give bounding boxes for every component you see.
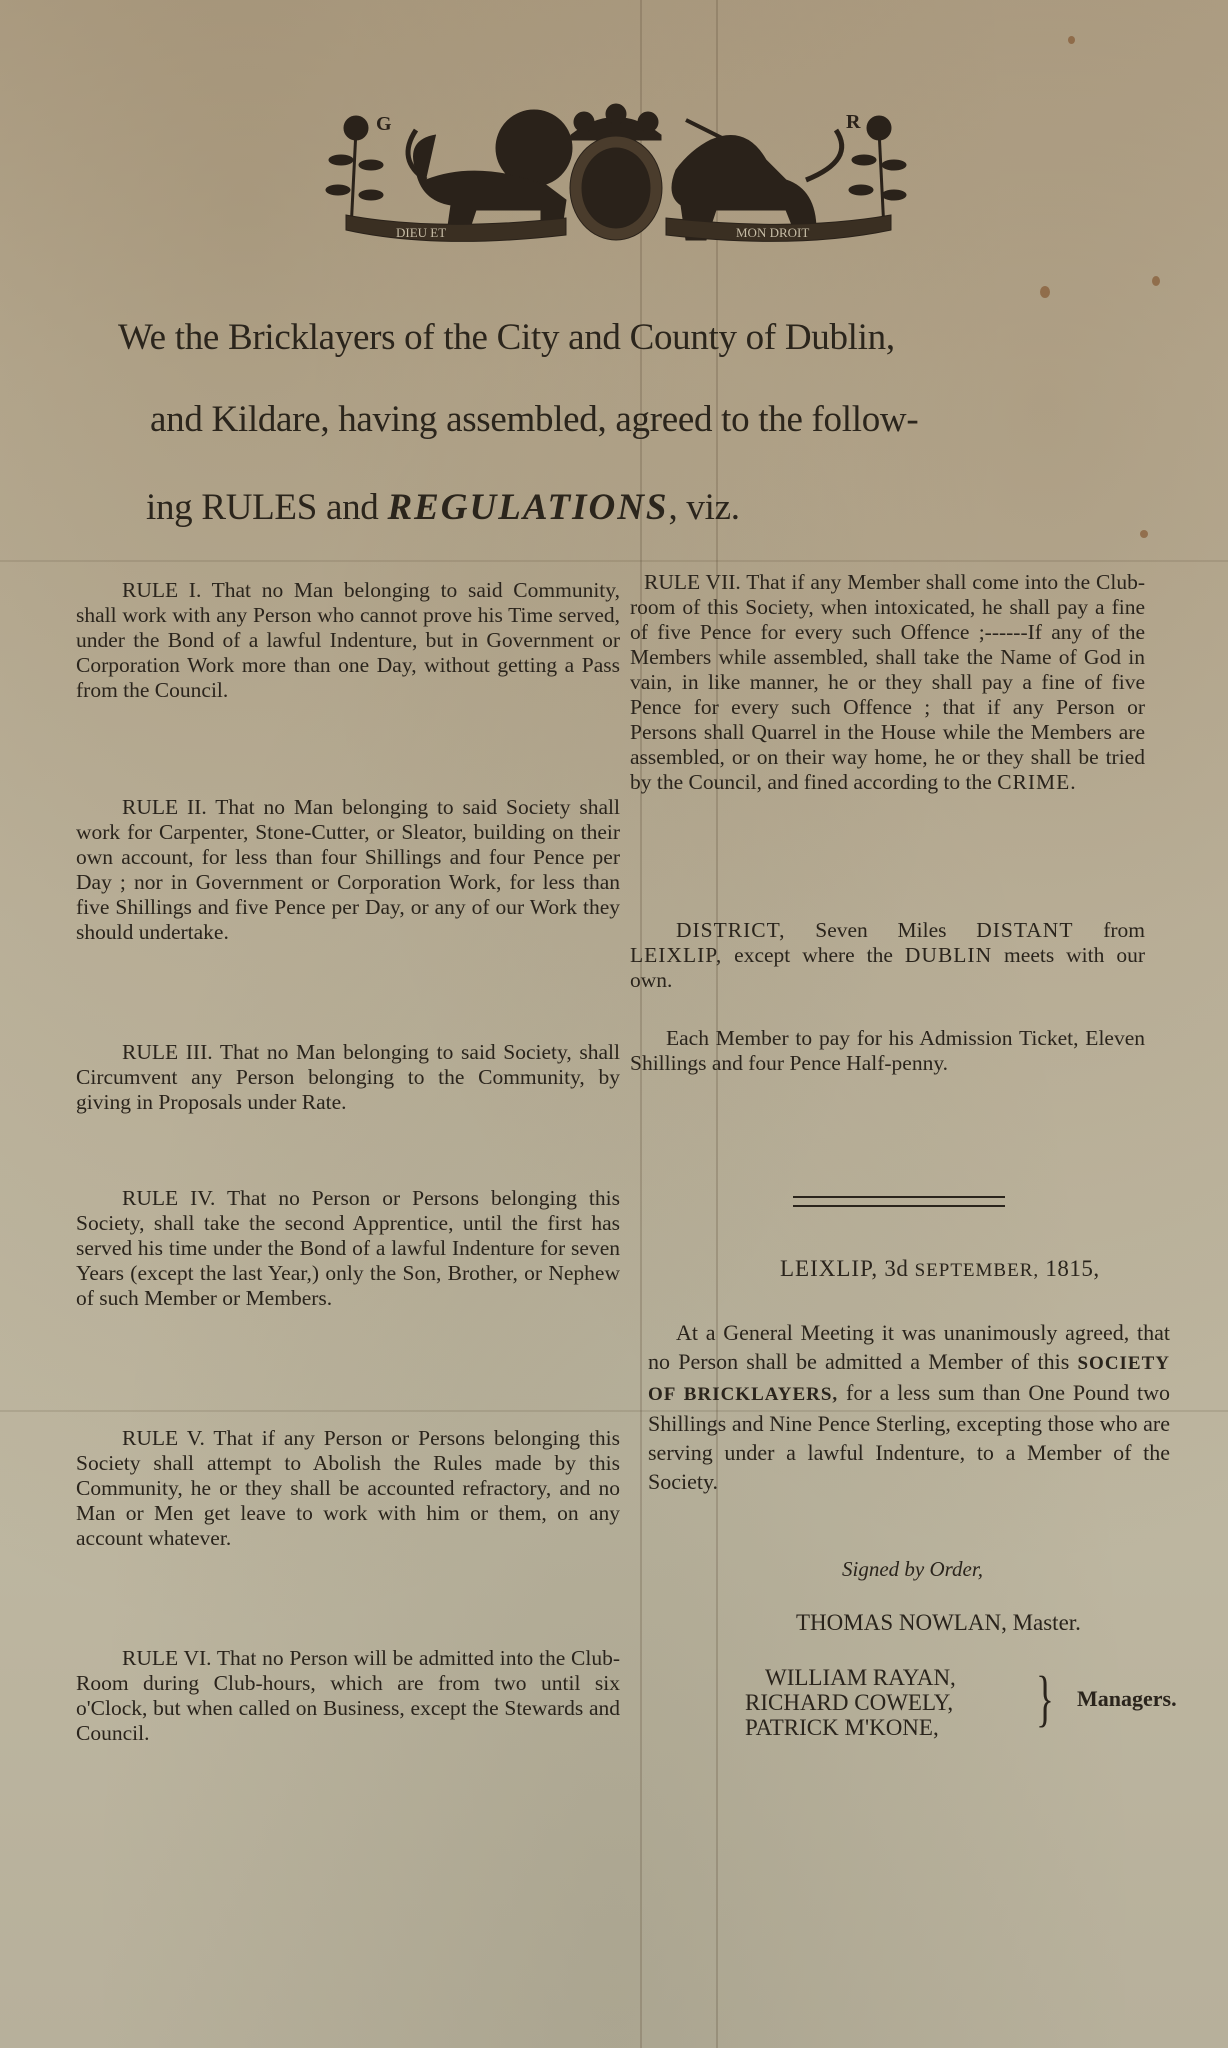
resolution-date: LEIXLIP, 3d SEPTEMBER, 1815, [780,1256,1100,1282]
resolution-text: At a General Meeting it was unanimously … [648,1318,1170,1496]
paper-fold [716,0,718,2048]
rule-label: RULE VI. [122,1646,212,1670]
date-day: 3d [878,1256,915,1281]
rule-label: RULE VII. [644,570,741,594]
rule-label: RULE I. [122,578,201,602]
paper-fold [640,0,642,2048]
district-caps: DISTANT [976,918,1073,942]
district-clause: DISTRICT, Seven Miles DISTANT from LEIXL… [630,918,1145,993]
headline-line-1: We the Bricklayers of the City and Count… [118,316,1118,359]
rule-5: RULE V. That if any Person or Persons be… [76,1426,620,1551]
royal-coat-of-arms: G R DIEU ET MON DROIT [316,100,920,250]
brace-symbol: } [1036,1668,1054,1730]
double-rule-divider [793,1196,1005,1207]
manager-name: RICHARD COWELY, [745,1690,956,1715]
admission-clause: Each Member to pay for his Admission Tic… [630,1026,1145,1076]
paper-fold [0,560,1228,562]
stain [1040,286,1050,298]
district-text: Seven Miles [786,918,977,942]
district-caps: LEIXLIP, [630,943,722,967]
date-year: 1815, [1039,1256,1100,1281]
date-month: SEPTEMBER, [915,1260,1040,1281]
stain [1068,36,1075,44]
managers-label: Managers. [1077,1686,1177,1712]
crest-initial-g: G [376,113,392,135]
headline-text: ing RULES and [146,487,387,528]
stain [1140,530,1148,538]
managers-list: WILLIAM RAYAN, RICHARD COWELY, PATRICK M… [745,1665,956,1740]
rule-label: RULE II. [122,795,207,819]
rule-4: RULE IV. That no Person or Persons belon… [76,1186,620,1311]
rule-label: RULE III. [122,1040,213,1064]
rule-6: RULE VI. That no Person will be admitted… [76,1646,620,1746]
crest-motto-right: MON DROIT [736,225,809,240]
signed-by-order: Signed by Order, [842,1557,983,1582]
admission-text: Each Member to pay for his Admission Tic… [630,1026,1145,1076]
master-signature: THOMAS NOWLAN, Master. [796,1610,1081,1636]
crest-motto-left: DIEU ET [396,225,446,240]
rule-2: RULE II. That no Man belonging to said S… [76,795,620,945]
rule-label: RULE V. [122,1426,205,1450]
manager-name: PATRICK M'KONE, [745,1715,956,1740]
district-caps: DISTRICT, [676,918,786,942]
rule-7: RULE VII. That if any Member shall come … [630,570,1145,795]
manager-name: WILLIAM RAYAN, [745,1665,956,1690]
district-text: from [1073,918,1145,942]
rule-text: That if any Member shall come into the C… [630,570,1145,794]
headline-end: , viz. [669,487,740,528]
crest-initial-r: R [846,111,861,133]
date-place: LEIXLIP, [780,1256,878,1281]
rule-3: RULE III. That no Man belonging to said … [76,1040,620,1115]
district-text: except where the [722,943,905,967]
headline-italic: REGULATIONS [387,487,668,528]
headline-line-3: ing RULES and REGULATIONS, viz. [146,486,1146,529]
rule-1: RULE I. That no Man belonging to said Co… [76,578,620,703]
stain [1152,276,1160,286]
rule-label: RULE IV. [122,1186,215,1210]
headline-line-2: and Kildare, having assembled, agreed to… [150,398,1150,441]
district-caps: DUBLIN [905,943,992,967]
rule-text-caps: CRIME. [997,770,1076,794]
